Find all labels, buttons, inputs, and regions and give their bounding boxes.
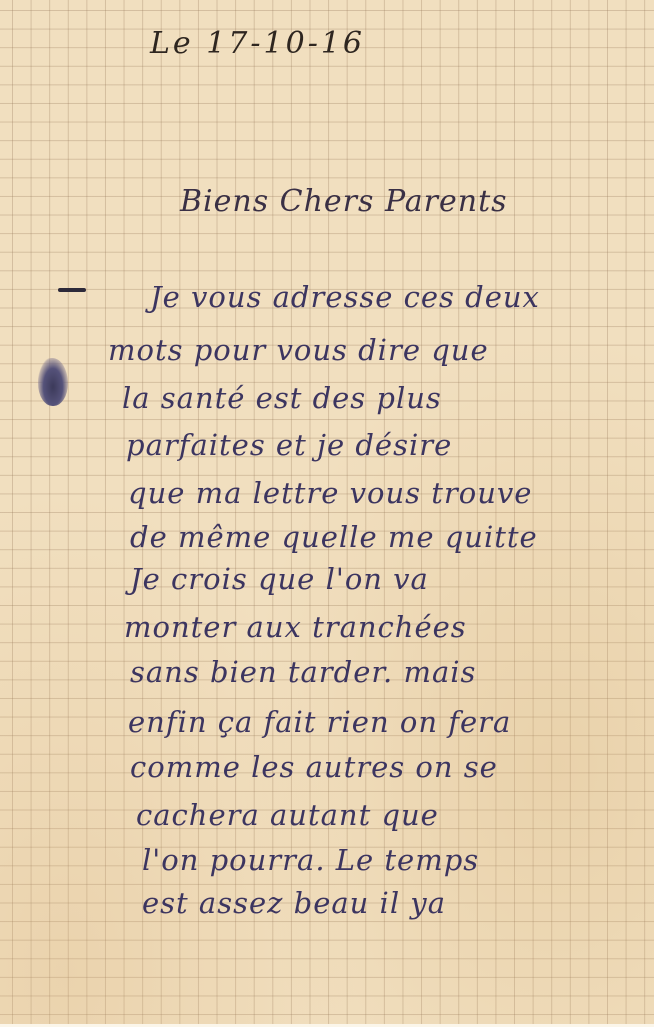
body-line: Je crois que l'on va bbox=[130, 562, 429, 596]
body-line: enfin ça fait rien on fera bbox=[128, 705, 511, 739]
body-line: parfaites et je désire bbox=[126, 428, 452, 462]
body-line: que ma lettre vous trouve bbox=[128, 476, 532, 510]
ink-dash-mark bbox=[58, 288, 86, 292]
body-line: comme les autres on se bbox=[130, 750, 498, 784]
body-line: monter aux tranchées bbox=[124, 610, 467, 644]
ink-blot bbox=[38, 358, 68, 406]
body-line: la santé est des plus bbox=[122, 381, 442, 415]
letter-greeting: Biens Chers Parents bbox=[180, 184, 508, 219]
body-line: mots pour vous dire que bbox=[108, 333, 489, 367]
body-line: sans bien tarder. mais bbox=[130, 655, 476, 689]
body-line: est assez beau il ya bbox=[142, 886, 446, 920]
body-line: Je vous adresse ces deux bbox=[150, 280, 540, 314]
body-line: cachera autant que bbox=[136, 798, 439, 832]
letter-page: Le 17-10-16 Biens Chers Parents Je vous … bbox=[0, 0, 654, 1024]
body-line: de même quelle me quitte bbox=[130, 520, 538, 554]
body-line: l'on pourra. Le temps bbox=[142, 843, 479, 877]
letter-date: Le 17-10-16 bbox=[150, 26, 365, 61]
